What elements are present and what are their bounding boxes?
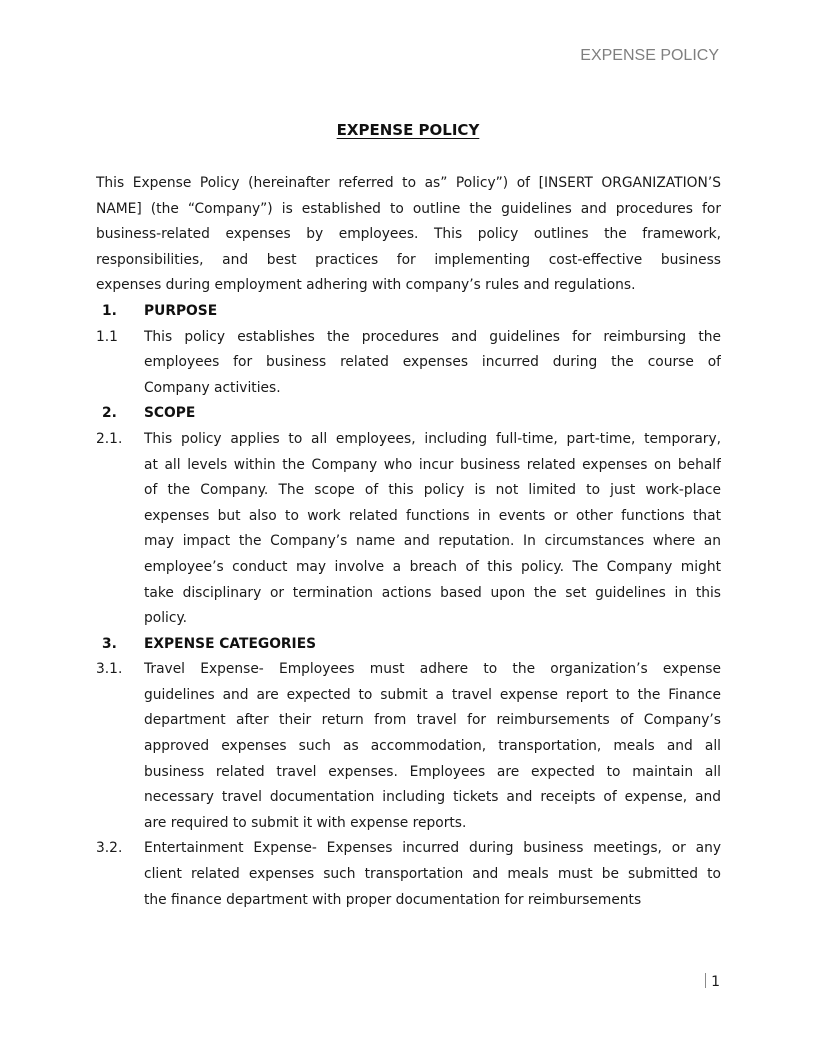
page-number: 1 bbox=[705, 973, 720, 990]
clause-line: Company activities. bbox=[144, 376, 721, 402]
clause-line: necessary travel documentation including… bbox=[144, 785, 721, 811]
intro-line: responsibilities, and best practices for… bbox=[96, 248, 721, 274]
intro-paragraph: This Expense Policy (hereinafter referre… bbox=[96, 171, 721, 299]
clause-line: are required to submit it with expense r… bbox=[144, 811, 721, 837]
intro-line: This Expense Policy (hereinafter referre… bbox=[96, 171, 721, 197]
clause-number: 1.1 bbox=[96, 325, 118, 351]
clause-line: take disciplinary or termination actions… bbox=[144, 581, 721, 607]
clause-1-1: 1.1 This policy establishes the procedur… bbox=[96, 325, 721, 402]
clause-line: This policy applies to all employees, in… bbox=[144, 427, 721, 453]
clause-line: the finance department with proper docum… bbox=[144, 888, 721, 914]
clause-line: may impact the Company’s name and reputa… bbox=[144, 529, 721, 555]
clause-line: Entertainment Expense- Expenses incurred… bbox=[144, 836, 721, 862]
section-number: 1. bbox=[102, 299, 117, 325]
clause-line: Travel Expense- Employees must adhere to… bbox=[144, 657, 721, 683]
clause-number: 3.2. bbox=[96, 836, 122, 862]
intro-line: NAME] (the “Company”) is established to … bbox=[96, 197, 721, 223]
clause-line: This policy establishes the procedures a… bbox=[144, 325, 721, 351]
running-header: EXPENSE POLICY bbox=[580, 47, 719, 65]
clause-line: of the Company. The scope of this policy… bbox=[144, 478, 721, 504]
clause-line: at all levels within the Company who inc… bbox=[144, 453, 721, 479]
section-heading-scope: 2. SCOPE bbox=[96, 401, 721, 427]
section-title: SCOPE bbox=[144, 401, 195, 427]
document-body: This Expense Policy (hereinafter referre… bbox=[96, 171, 721, 913]
document-page: EXPENSE POLICY EXPENSE POLICY This Expen… bbox=[0, 0, 816, 1056]
clause-2-1: 2.1. This policy applies to all employee… bbox=[96, 427, 721, 632]
clause-line: employees for business related expenses … bbox=[144, 350, 721, 376]
section-title: EXPENSE CATEGORIES bbox=[144, 632, 316, 658]
page-number-divider bbox=[705, 973, 706, 988]
document-title: EXPENSE POLICY bbox=[0, 121, 816, 139]
clause-line: client related expenses such transportat… bbox=[144, 862, 721, 888]
clause-line: expenses but also to work related functi… bbox=[144, 504, 721, 530]
clause-number: 2.1. bbox=[96, 427, 122, 453]
clause-3-2: 3.2. Entertainment Expense- Expenses inc… bbox=[96, 836, 721, 913]
page-number-value: 1 bbox=[711, 974, 720, 990]
intro-line: expenses during employment adhering with… bbox=[96, 273, 721, 299]
section-title: PURPOSE bbox=[144, 299, 217, 325]
section-number: 3. bbox=[102, 632, 117, 658]
clause-line: department after their return from trave… bbox=[144, 708, 721, 734]
clause-line: employee’s conduct may involve a breach … bbox=[144, 555, 721, 581]
clause-line: guidelines and are expected to submit a … bbox=[144, 683, 721, 709]
clause-number: 3.1. bbox=[96, 657, 122, 683]
section-heading-purpose: 1. PURPOSE bbox=[96, 299, 721, 325]
section-number: 2. bbox=[102, 401, 117, 427]
clause-3-1: 3.1. Travel Expense- Employees must adhe… bbox=[96, 657, 721, 836]
clause-line: business related travel expenses. Employ… bbox=[144, 760, 721, 786]
clause-line: approved expenses such as accommodation,… bbox=[144, 734, 721, 760]
section-heading-expense-categories: 3. EXPENSE CATEGORIES bbox=[96, 632, 721, 658]
intro-line: business-related expenses by employees. … bbox=[96, 222, 721, 248]
clause-line: policy. bbox=[144, 606, 721, 632]
